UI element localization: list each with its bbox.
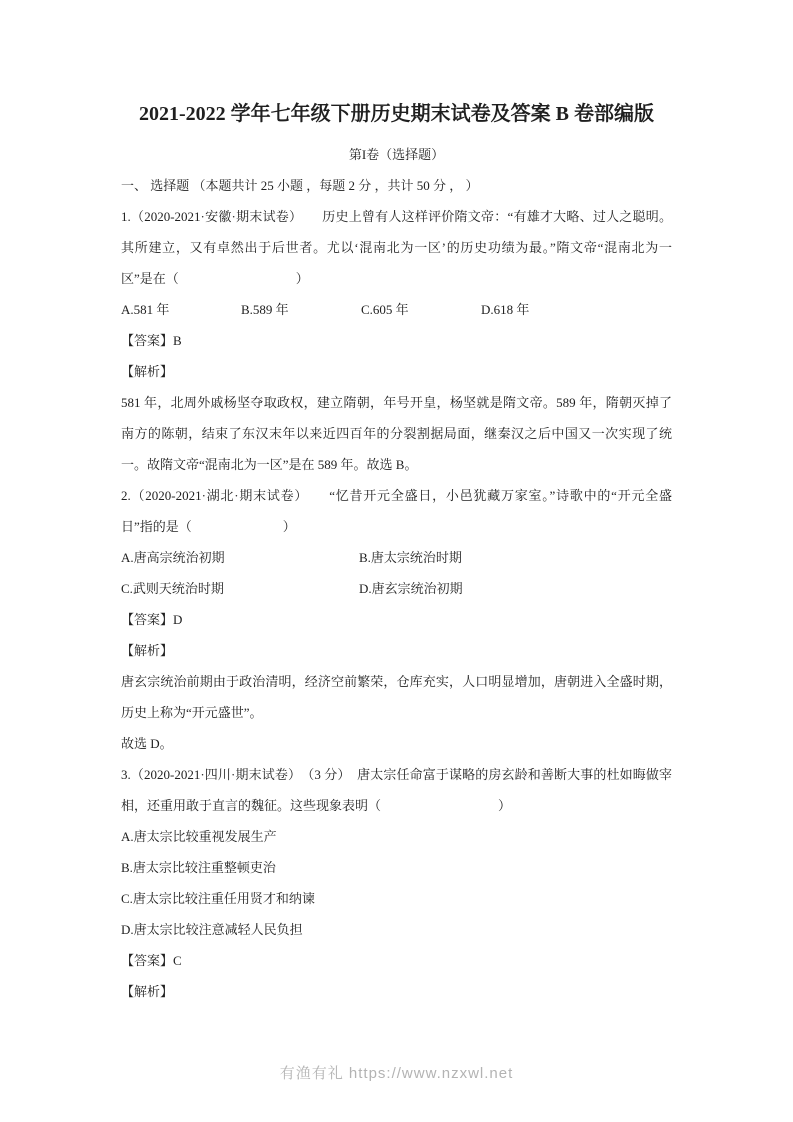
page-title: 2021-2022 学年七年级下册历史期末试卷及答案 B 卷部编版 <box>121 100 672 128</box>
question-3-option-c: C.唐太宗比较注重任用贤才和纳谏 <box>121 883 672 914</box>
question-2-option-b: B.唐太宗统治时期 <box>359 542 672 573</box>
question-1-analysis-label: 【解析】 <box>121 356 672 387</box>
question-1-option-d: D.618 年 <box>481 294 529 325</box>
watermark-footer: 有渔有礼 https://www.nzxwl.net <box>0 1062 793 1083</box>
question-3-option-b: B.唐太宗比较注重整顿吏治 <box>121 852 672 883</box>
watermark-url: https://www.nzxwl.net <box>349 1065 513 1082</box>
question-1-option-c: C.605 年 <box>361 294 481 325</box>
question-2-stem: 2.（2020-2021·湖北·期末试卷） “忆昔开元全盛日，小邑犹藏万家室。”… <box>121 480 672 542</box>
question-1-options: A.581 年B.589 年C.605 年D.618 年 <box>121 294 672 325</box>
question-1-analysis-text: 581 年，北周外戚杨坚夺取政权，建立隋朝，年号开皇，杨坚就是隋文帝。589 年… <box>121 387 672 480</box>
question-3-stem: 3.（2020-2021·四川·期末试卷） （3 分） 唐太宗任命富于谋略的房玄… <box>121 759 672 821</box>
document-content: 2021-2022 学年七年级下册历史期末试卷及答案 B 卷部编版 第I卷（选择… <box>121 100 672 1007</box>
watermark-brand: 有渔有礼 <box>280 1065 344 1082</box>
document-page: 2021-2022 学年七年级下册历史期末试卷及答案 B 卷部编版 第I卷（选择… <box>0 0 793 1122</box>
volume-heading: 第I卷（选择题） <box>121 139 672 170</box>
question-2-options: A.唐高宗统治初期 B.唐太宗统治时期 C.武则天统治时期 D.唐玄宗统治初期 <box>121 542 672 604</box>
question-2-analysis-text: 唐玄宗统治前期由于政治清明，经济空前繁荣，仓库充实，人口明显增加，唐朝进入全盛时… <box>121 666 672 728</box>
question-2-analysis-label: 【解析】 <box>121 635 672 666</box>
question-3-answer-value: C <box>173 953 182 968</box>
question-1-option-a: A.581 年 <box>121 294 241 325</box>
question-1-answer-line: 【答案】B <box>121 325 672 356</box>
question-1: 1.（2020-2021·安徽·期末试卷） 历史上曾有人这样评价隋文帝：“有雄才… <box>121 201 672 480</box>
question-2-option-c: C.武则天统治时期 <box>121 573 359 604</box>
question-3-option-a: A.唐太宗比较重视发展生产 <box>121 821 672 852</box>
answer-label: 【答案】 <box>121 612 173 627</box>
question-2-answer-value: D <box>173 612 182 627</box>
question-1-stem: 1.（2020-2021·安徽·期末试卷） 历史上曾有人这样评价隋文帝：“有雄才… <box>121 201 672 294</box>
question-3-answer-line: 【答案】C <box>121 945 672 976</box>
question-1-option-b: B.589 年 <box>241 294 361 325</box>
question-3-analysis-label: 【解析】 <box>121 976 672 1007</box>
question-3: 3.（2020-2021·四川·期末试卷） （3 分） 唐太宗任命富于谋略的房玄… <box>121 759 672 1007</box>
question-2-option-d: D.唐玄宗统治初期 <box>359 573 672 604</box>
question-1-answer-value: B <box>173 333 182 348</box>
question-3-options: A.唐太宗比较重视发展生产 B.唐太宗比较注重整顿吏治 C.唐太宗比较注重任用贤… <box>121 821 672 945</box>
answer-label: 【答案】 <box>121 333 173 348</box>
question-2: 2.（2020-2021·湖北·期末试卷） “忆昔开元全盛日，小邑犹藏万家室。”… <box>121 480 672 759</box>
answer-label: 【答案】 <box>121 953 173 968</box>
section-heading: 一、 选择题 （本题共计 25 小题 ，每题 2 分 ，共计 50 分 ， ） <box>121 170 672 201</box>
question-2-option-a: A.唐高宗统治初期 <box>121 542 359 573</box>
question-3-option-d: D.唐太宗比较注意减轻人民负担 <box>121 914 672 945</box>
question-2-analysis-extra: 故选 D。 <box>121 728 672 759</box>
question-2-answer-line: 【答案】D <box>121 604 672 635</box>
